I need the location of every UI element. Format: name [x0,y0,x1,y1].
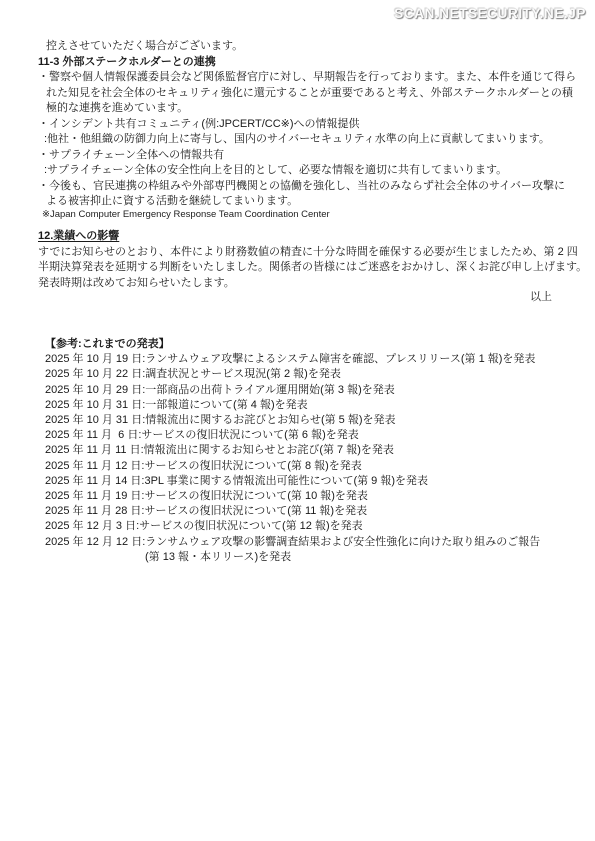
section-11-3: 控えさせていただく場合がございます。 11-3 外部ステークホルダーとの連携 ・… [38,39,578,210]
section-12: 12.業績への影響 すでにお知らせのとおり、本件により財務数値の精査に十分な時間… [38,229,578,291]
bullet-line: ・インシデント共有コミュニティ(例:JPCERT/CC※)への情報提供 [38,117,578,133]
bullet-continuation-line: れた知見を社会全体のセキュリティ強化に還元することが重要であると考え、外部ステー… [38,86,578,102]
reference-item: 2025 年 11 月 19 日:サービスの復旧状況について(第 10 報)を発… [38,489,583,504]
paragraph-line: すでにお知らせのとおり、本件により財務数値の精査に十分な時間を確保する必要が生じ… [38,245,578,261]
reference-item: 2025 年 11 月 12 日:サービスの復旧状況について(第 8 報)を発表 [38,459,583,474]
reference-item: 2025 年 10 月 22 日:調査状況とサービス現況(第 2 報)を発表 [38,367,583,382]
bullet-sub-line: :他社・他組織の防御力向上に寄与し、国内のサイバーセキュリティ水準の向上に貢献し… [38,132,578,148]
bullet-sub-line: :サプライチェーン全体の安全性向上を目的として、必要な情報を適切に共有してまいり… [38,163,578,179]
bullet-line: ・サプライチェーン全体への情報共有 [38,148,578,164]
reference-item: 2025 年 12 月 3 日:サービスの復旧状況について(第 12 報)を発表 [38,519,583,534]
reference-item-continuation: (第 13 報・本リリース)を発表 [38,550,583,565]
jpcert-footnote: ※Japan Computer Emergency Response Team … [42,208,330,221]
reference-section: 【参考:これまでの発表】 2025 年 10 月 19 日:ランサムウェア攻撃に… [38,337,583,565]
reference-item: 2025 年 11 月 11 日:情報流出に関するお知らせとお詫び(第 7 報)… [38,443,583,458]
bullet-line: ・警察や個人情報保護委員会など関係監督官庁に対し、早期報告を行っております。また… [38,70,578,86]
closing-statement: 以上 [530,290,552,306]
paragraph-line: 発表時期は改めてお知らせいたします。 [38,276,578,292]
bullet-line: ・今後も、官民連携の枠組みや外部専門機関との協働を強化し、当社のみならず社会全体… [38,179,578,195]
reference-heading: 【参考:これまでの発表】 [38,337,583,352]
previous-paragraph-trailing-line: 控えさせていただく場合がございます。 [38,39,578,55]
site-watermark: SCAN.NETSECURITY.NE.JP [394,6,586,22]
reference-item: 2025 年 10 月 29 日:一部商品の出荷トライアル運用開始(第 3 報)… [38,383,583,398]
paragraph-line: 半期決算発表を延期する判断をいたしました。関係者の皆様にはご迷惑をおかけし、深く… [38,260,578,276]
bullet-continuation-line: 極的な連携を進めています。 [38,101,578,117]
section-11-3-heading: 11-3 外部ステークホルダーとの連携 [38,55,578,71]
reference-item: 2025 年 11 月 28 日:サービスの復旧状況について(第 11 報)を発… [38,504,583,519]
reference-item: 2025 年 10 月 31 日:一部報道について(第 4 報)を発表 [38,398,583,413]
reference-item: 2025 年 10 月 19 日:ランサムウェア攻撃によるシステム障害を確認、プ… [38,352,583,367]
reference-item: 2025 年 11 月 14 日:3PL 事業に関する情報流出可能性について(第… [38,474,583,489]
reference-item: 2025 年 12 月 12 日:ランサムウェア攻撃の影響調査結果および安全性強… [38,535,583,550]
reference-item: 2025 年 11 月 6 日:サービスの復旧状況について(第 6 報)を発表 [38,428,583,443]
section-12-heading: 12.業績への影響 [38,229,578,245]
document-page: SCAN.NETSECURITY.NE.JP 控えさせていただく場合がございます… [0,0,595,841]
reference-item: 2025 年 10 月 31 日:情報流出に関するお詫びとお知らせ(第 5 報)… [38,413,583,428]
